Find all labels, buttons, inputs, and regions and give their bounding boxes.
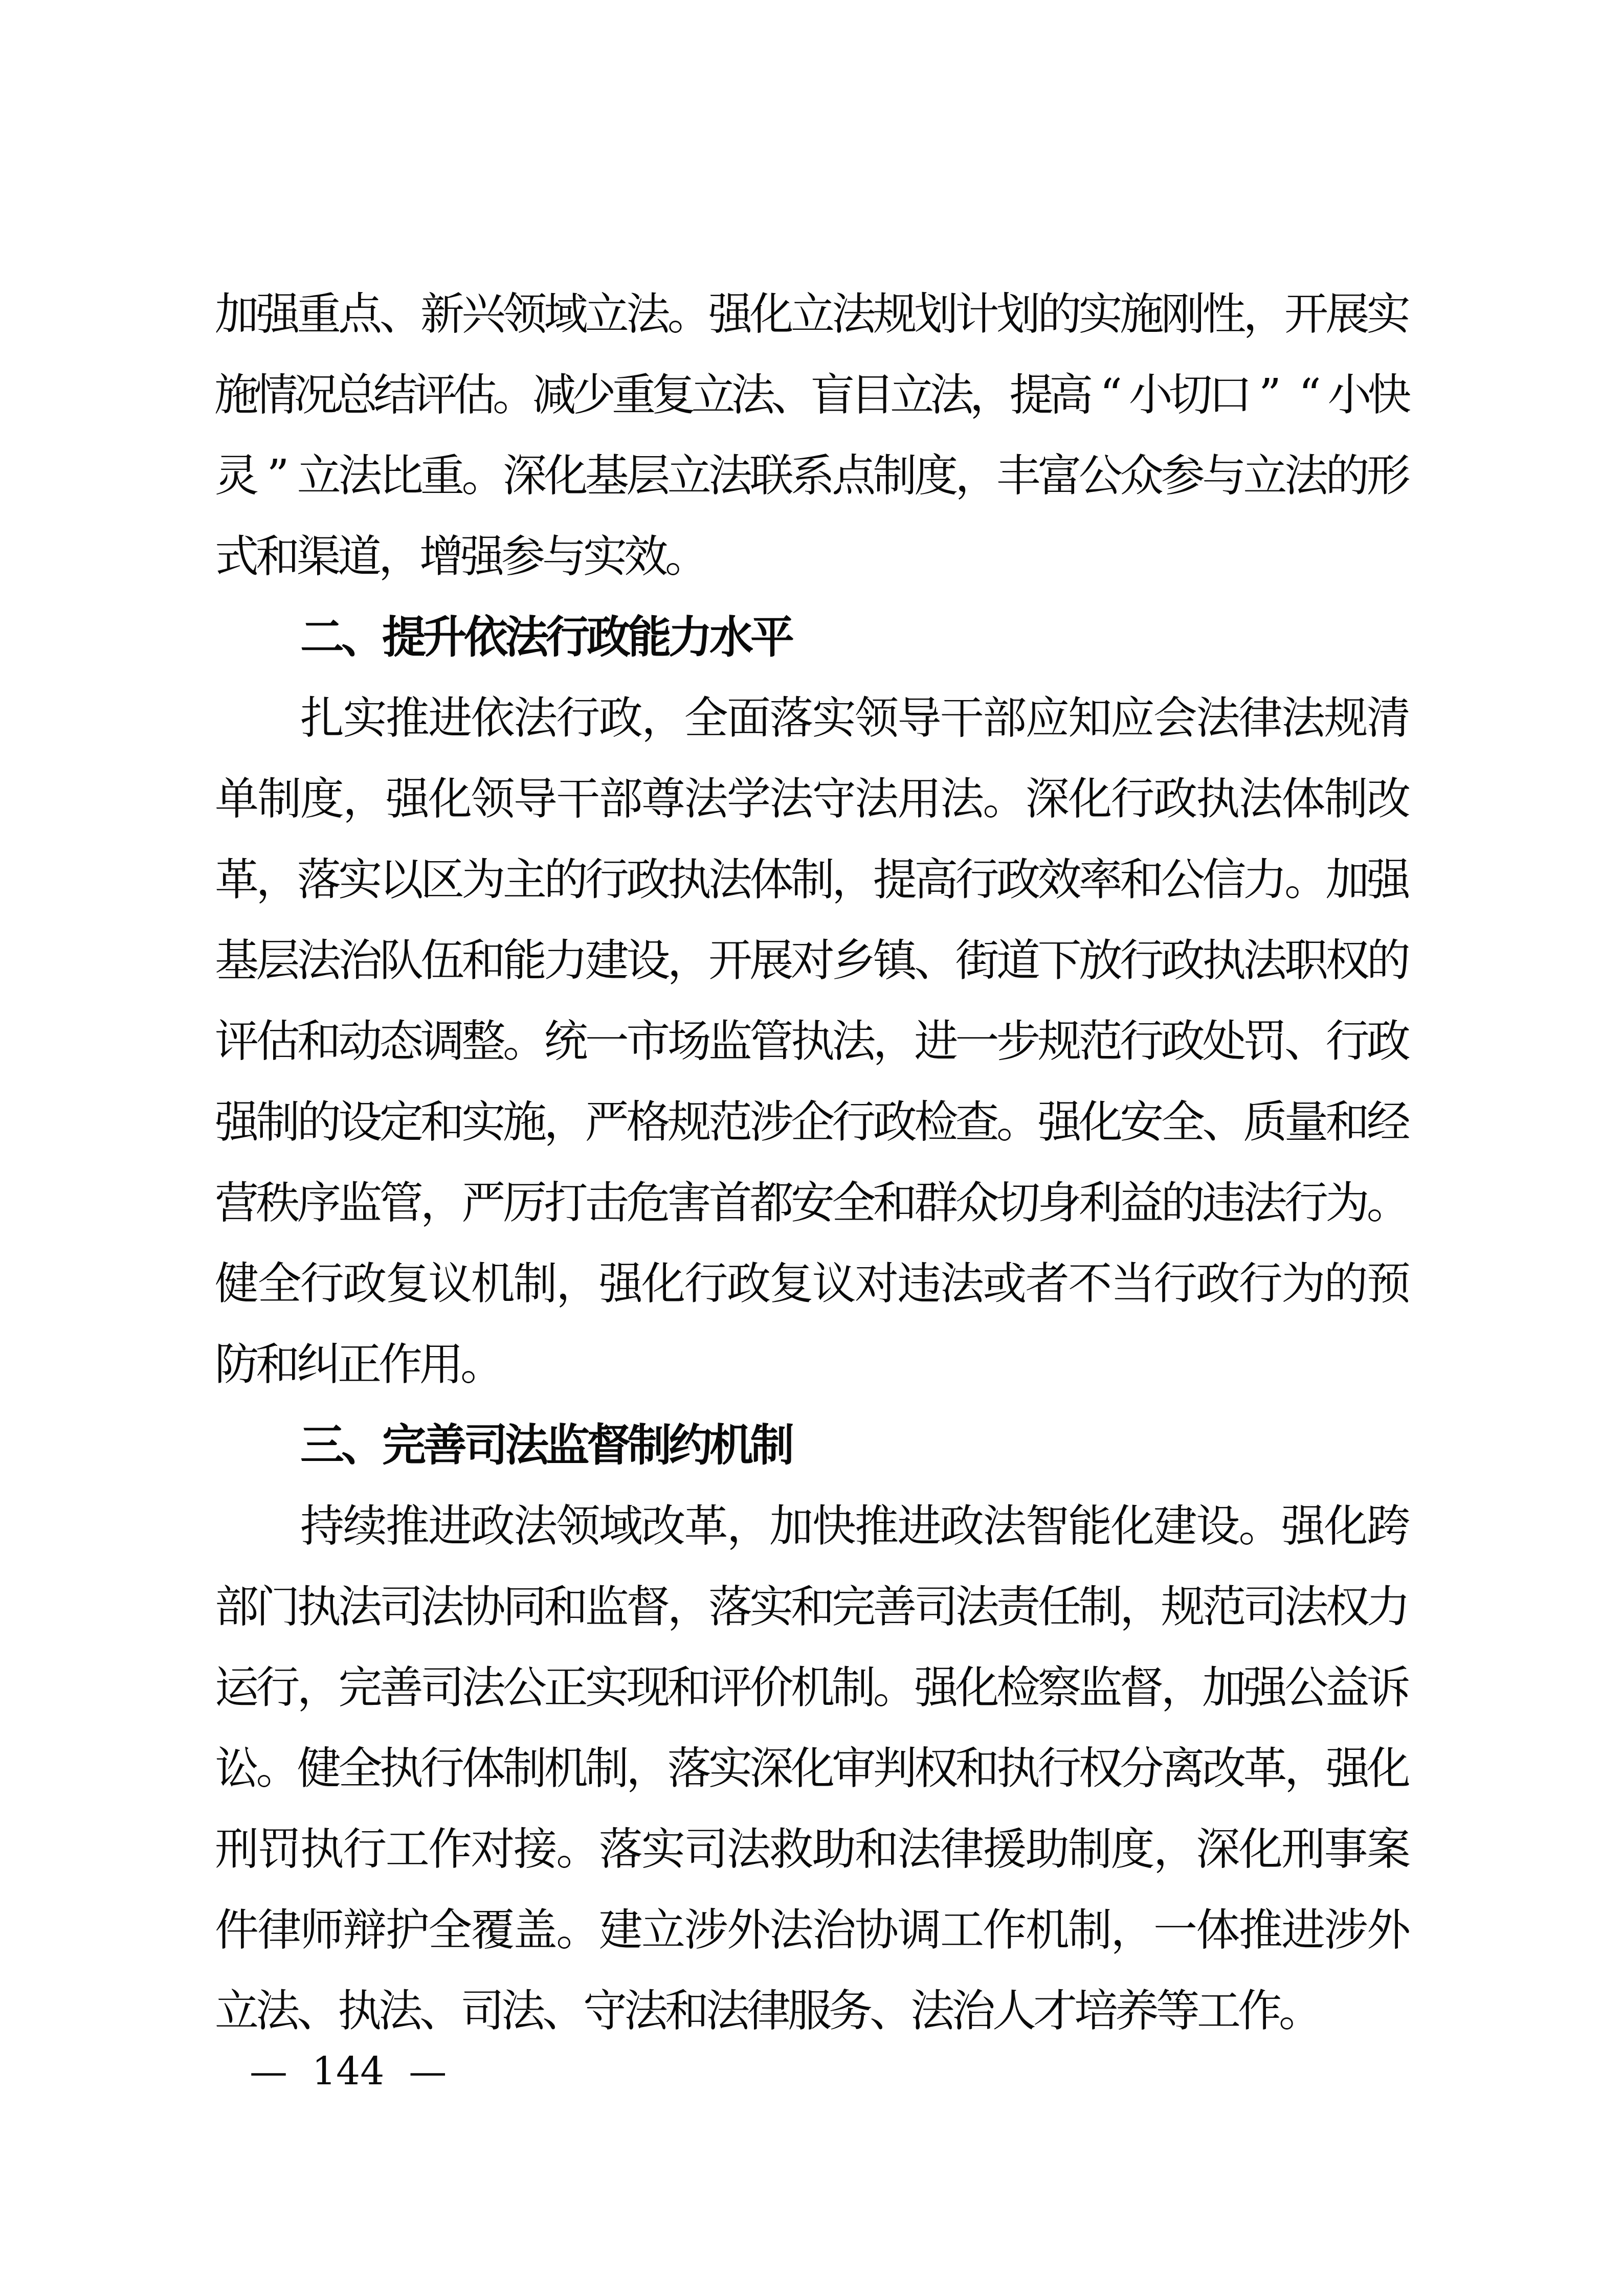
body-line-4: 式和渠道，增强参与实效。 xyxy=(216,516,1409,597)
body-line-9: 基层法治队伍和能力建设，开展对乡镇、街道下放行政执法职权的 xyxy=(216,920,1409,1001)
document-page: 加强重点、新兴领域立法。强化立法规划计划的实施刚性，开展实 施情况总结评估。减少… xyxy=(0,0,1624,2296)
body-line-18: 运行，完善司法公正实现和评价机制。强化检察监督，加强公益诉 xyxy=(216,1648,1409,1728)
page-footer: — 144 — xyxy=(250,2050,447,2094)
body-line-2: 施情况总结评估。减少重复立法、盲目立法，提高“小切口”“小快 xyxy=(216,355,1409,436)
document-body: 加强重点、新兴领域立法。强化立法规划计划的实施刚性，开展实 施情况总结评估。减少… xyxy=(216,274,1409,2052)
body-line-22: 立法、执法、司法、守法和法律服务、法治人才培养等工作。 xyxy=(216,1971,1409,2052)
page-number: 144 xyxy=(312,2050,384,2094)
body-line-19: 讼。健全执行体制机制，落实深化审判权和执行权分离改革，强化 xyxy=(216,1728,1409,1809)
footer-dash-right: — xyxy=(409,2050,447,2094)
body-line-11: 强制的设定和实施，严格规范涉企行政检查。强化安全、质量和经 xyxy=(216,1082,1409,1163)
body-line-8: 革，落实以区为主的行政执法体制，提高行政效率和公信力。加强 xyxy=(216,840,1409,920)
footer-dash-left: — xyxy=(250,2050,287,2094)
body-line-20: 刑罚执行工作对接。落实司法救助和法律援助制度，深化刑事案 xyxy=(216,1809,1409,1890)
body-line-16: 持续推进政法领域改革，加快推进政法智能化建设。强化跨 xyxy=(216,1486,1409,1567)
body-line-21: 件律师辩护全覆盖。建立涉外法治协调工作机制，一体推进涉外 xyxy=(216,1890,1409,1971)
body-line-12: 营秩序监管，严厉打击危害首都安全和群众切身利益的违法行为。 xyxy=(216,1163,1409,1244)
body-line-7: 单制度，强化领导干部尊法学法守法用法。深化行政执法体制改 xyxy=(216,759,1409,840)
body-line-6: 扎实推进依法行政，全面落实领导干部应知应会法律法规清 xyxy=(216,678,1409,759)
body-line-10: 评估和动态调整。统一市场监管执法，进一步规范行政处罚、行政 xyxy=(216,1001,1409,1082)
body-line-1: 加强重点、新兴领域立法。强化立法规划计划的实施刚性，开展实 xyxy=(216,274,1409,355)
body-line-17: 部门执法司法协同和监督，落实和完善司法责任制，规范司法权力 xyxy=(216,1567,1409,1648)
body-line-14: 防和纠正作用。 xyxy=(216,1324,1409,1405)
body-line-13: 健全行政复议机制，强化行政复议对违法或者不当行政行为的预 xyxy=(216,1244,1409,1324)
body-line-3: 灵”立法比重。深化基层立法联系点制度，丰富公众参与立法的形 xyxy=(216,436,1409,516)
section-heading-2: 二、提升依法行政能力水平 xyxy=(216,597,1409,678)
section-heading-3: 三、完善司法监督制约机制 xyxy=(216,1405,1409,1486)
